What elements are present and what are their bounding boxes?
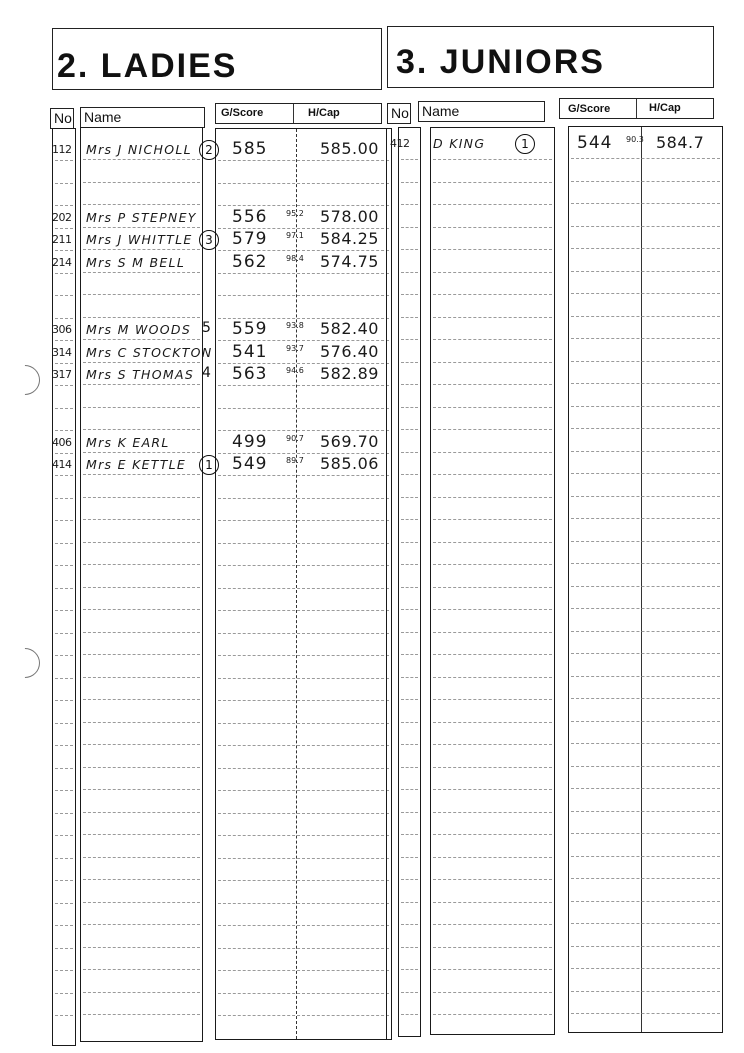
ruled-line — [218, 925, 389, 926]
ruled-line — [218, 588, 389, 589]
ruled-line — [433, 789, 552, 790]
ruled-line — [571, 406, 720, 407]
entry-number: 414 — [52, 458, 72, 471]
ruled-line — [218, 993, 389, 994]
ruled-line — [571, 833, 720, 834]
entry-number: 214 — [52, 256, 72, 269]
entry-number: 306 — [52, 323, 72, 336]
entry-name: Mrs J NICHOLL — [86, 142, 192, 157]
ruled-line — [433, 722, 552, 723]
juniors-header-divider — [636, 99, 637, 118]
entry-number: 317 — [52, 368, 72, 381]
handicap-total: 578.00 — [320, 207, 379, 226]
ruled-line — [433, 699, 552, 700]
ruled-line — [433, 542, 552, 543]
ruled-line — [83, 699, 200, 700]
ruled-line — [83, 587, 200, 588]
ruled-line — [55, 1015, 73, 1016]
ruled-line — [571, 338, 720, 339]
ruled-line — [218, 475, 389, 476]
ruled-line — [55, 385, 73, 386]
ruled-line — [571, 203, 720, 204]
ruled-line — [83, 812, 200, 813]
ruled-line — [571, 563, 720, 564]
juniors-header-name: Name — [418, 101, 545, 122]
handicap: 94.6 — [286, 366, 304, 375]
ruled-line — [401, 879, 418, 880]
ruled-line — [571, 811, 720, 812]
ruled-line — [571, 248, 720, 249]
ruled-line — [401, 407, 418, 408]
ruled-line — [571, 766, 720, 767]
ruled-line — [83, 947, 200, 948]
ruled-line — [218, 565, 389, 566]
entry-number: 112 — [52, 143, 72, 156]
ruled-line — [218, 880, 389, 881]
ruled-line — [401, 789, 418, 790]
entry-name: Mrs S M BELL — [86, 255, 185, 270]
ruled-line — [571, 361, 720, 362]
ruled-line — [571, 878, 720, 879]
ruled-line — [433, 879, 552, 880]
ruled-line — [401, 204, 418, 205]
ruled-line — [433, 407, 552, 408]
ruled-line — [433, 452, 552, 453]
ruled-line — [401, 699, 418, 700]
ruled-line — [218, 655, 389, 656]
ruled-line — [401, 677, 418, 678]
ruled-line — [433, 947, 552, 948]
ruled-line — [401, 744, 418, 745]
ruled-line — [55, 543, 73, 544]
ruled-line — [433, 834, 552, 835]
ruled-line — [55, 993, 73, 994]
ruled-line — [433, 677, 552, 678]
handicap-total: 569.70 — [320, 432, 379, 451]
ruled-line — [401, 632, 418, 633]
ruled-line — [401, 992, 418, 993]
ruled-line — [55, 430, 73, 431]
ruled-line — [571, 1013, 720, 1014]
ruled-line — [433, 654, 552, 655]
ruled-line — [571, 518, 720, 519]
ruled-line — [401, 294, 418, 295]
ruled-line — [55, 340, 73, 341]
ruled-line — [83, 519, 200, 520]
ruled-line — [55, 408, 73, 409]
ruled-line — [83, 902, 200, 903]
ruled-line — [433, 902, 552, 903]
ruled-line — [83, 227, 200, 228]
ruled-line — [218, 385, 389, 386]
entry-number: 211 — [52, 233, 72, 246]
entry-name: Mrs E KETTLE — [86, 457, 186, 472]
ruled-line — [83, 204, 200, 205]
ruled-line — [218, 633, 389, 634]
ruled-line — [218, 970, 389, 971]
handicap: 90.7 — [286, 434, 304, 443]
ruled-line — [433, 182, 552, 183]
ruled-line — [83, 767, 200, 768]
ladies-header-name: Name — [80, 107, 205, 128]
ruled-line — [218, 543, 389, 544]
juniors-score-divider — [641, 127, 642, 1032]
ruled-line — [401, 272, 418, 273]
ruled-line — [571, 473, 720, 474]
ruled-line — [571, 653, 720, 654]
ruled-line — [433, 384, 552, 385]
ruled-line — [571, 698, 720, 699]
ruled-line — [83, 744, 200, 745]
ruled-line — [218, 183, 389, 184]
ruled-line — [83, 1014, 200, 1015]
ruled-line — [218, 610, 389, 611]
ruled-line — [571, 991, 720, 992]
ruled-line — [218, 723, 389, 724]
ruled-line — [571, 901, 720, 902]
entry-name: Mrs J WHITTLE — [86, 232, 193, 247]
ruled-line — [83, 654, 200, 655]
placing: 5 — [202, 320, 211, 336]
ruled-line — [571, 316, 720, 317]
ruled-line — [218, 768, 389, 769]
handicap: 93.8 — [286, 321, 304, 330]
ruled-line — [571, 428, 720, 429]
juniors-header-no: No — [387, 103, 411, 124]
ruled-line — [55, 228, 73, 229]
ruled-line — [55, 633, 73, 634]
ruled-line — [401, 542, 418, 543]
ruled-line — [55, 678, 73, 679]
ruled-line — [55, 318, 73, 319]
ruled-line — [83, 159, 200, 160]
placing-circled: 3 — [199, 230, 219, 250]
ruled-line — [401, 587, 418, 588]
ruled-line — [571, 923, 720, 924]
handicap-total: 582.40 — [320, 319, 379, 338]
handicap-total: 585.00 — [320, 139, 379, 158]
ruled-line — [433, 969, 552, 970]
ruled-line — [571, 158, 720, 159]
ruled-line — [433, 497, 552, 498]
gross-score: 562 — [232, 252, 267, 272]
ruled-line — [571, 541, 720, 542]
gross-score: 579 — [232, 229, 267, 249]
gross-score: 549 — [232, 454, 267, 474]
ruled-line — [571, 721, 720, 722]
ruled-line — [55, 588, 73, 589]
ruled-line — [55, 273, 73, 274]
ruled-line — [218, 858, 389, 859]
handicap: 89.7 — [286, 456, 304, 465]
ruled-line — [433, 632, 552, 633]
ruled-line — [401, 474, 418, 475]
ruled-line — [83, 249, 200, 250]
ruled-line — [433, 564, 552, 565]
ruled-line — [83, 429, 200, 430]
ruled-line — [55, 858, 73, 859]
ladies-header-scores: G/Score H/Cap — [215, 103, 382, 124]
ruled-line — [433, 767, 552, 768]
ruled-line — [218, 408, 389, 409]
ruled-line — [55, 948, 73, 949]
ruled-line — [401, 497, 418, 498]
ruled-line — [218, 1015, 389, 1016]
ruled-line — [55, 475, 73, 476]
ruled-line — [433, 294, 552, 295]
ruled-line — [83, 632, 200, 633]
handicap: 97.1 — [286, 231, 304, 240]
ruled-line — [401, 857, 418, 858]
ruled-line — [55, 250, 73, 251]
ruled-line — [401, 452, 418, 453]
ruled-line — [55, 295, 73, 296]
placing: 4 — [202, 365, 211, 381]
ruled-line — [433, 249, 552, 250]
ruled-line — [433, 474, 552, 475]
ruled-line — [571, 181, 720, 182]
juniors-no-column — [398, 127, 421, 1037]
ruled-line — [433, 362, 552, 363]
ruled-line — [433, 857, 552, 858]
handicap-total: 585.06 — [320, 454, 379, 473]
ruled-line — [571, 946, 720, 947]
ruled-line — [83, 542, 200, 543]
ruled-line — [433, 812, 552, 813]
ruled-line — [83, 722, 200, 723]
handicap-total: 584.25 — [320, 229, 379, 248]
ladies-header-gscore: G/Score — [221, 104, 263, 122]
handicap: 98.4 — [286, 254, 304, 263]
ruled-line — [401, 902, 418, 903]
entry-number: 202 — [52, 211, 72, 224]
ruled-line — [218, 835, 389, 836]
ruled-line — [83, 992, 200, 993]
ruled-line — [571, 226, 720, 227]
ruled-line — [401, 969, 418, 970]
ruled-line — [83, 789, 200, 790]
ruled-line — [571, 676, 720, 677]
ladies-section-title: 2. LADIES — [57, 47, 237, 86]
placing-circled: 1 — [515, 134, 535, 154]
ruled-line — [401, 1014, 418, 1015]
ruled-line — [433, 1014, 552, 1015]
gross-score: 585 — [232, 139, 267, 159]
ruled-line — [401, 947, 418, 948]
ruled-line — [55, 700, 73, 701]
ruled-line — [433, 204, 552, 205]
ruled-line — [401, 227, 418, 228]
ruled-line — [571, 271, 720, 272]
ruled-line — [571, 451, 720, 452]
ruled-line — [55, 205, 73, 206]
ruled-line — [401, 384, 418, 385]
ruled-line — [401, 654, 418, 655]
ruled-line — [571, 968, 720, 969]
ruled-line — [571, 586, 720, 587]
handicap-total: 574.75 — [320, 252, 379, 271]
ruled-line — [401, 812, 418, 813]
ruled-line — [55, 520, 73, 521]
entry-name: Mrs C STOCKTON — [86, 345, 212, 360]
ruled-line — [571, 631, 720, 632]
ruled-line — [401, 924, 418, 925]
handicap-total: 584.7 — [656, 133, 704, 152]
ruled-line — [433, 519, 552, 520]
gross-score: 544 — [577, 133, 612, 153]
ruled-line — [218, 273, 389, 274]
ruled-line — [401, 159, 418, 160]
ruled-line — [433, 587, 552, 588]
placing-circled: 1 — [199, 455, 219, 475]
ruled-line — [55, 903, 73, 904]
ruled-line — [218, 745, 389, 746]
ruled-line — [433, 609, 552, 610]
ruled-line — [218, 903, 389, 904]
ruled-line — [83, 609, 200, 610]
ruled-line — [83, 924, 200, 925]
ruled-line — [83, 294, 200, 295]
ruled-line — [83, 564, 200, 565]
ruled-line — [401, 564, 418, 565]
ruled-line — [55, 880, 73, 881]
ruled-line — [401, 317, 418, 318]
ruled-line — [55, 498, 73, 499]
ruled-line — [83, 182, 200, 183]
ruled-line — [218, 700, 389, 701]
ruled-line — [55, 655, 73, 656]
ruled-line — [571, 608, 720, 609]
ruled-line — [218, 678, 389, 679]
ruled-line — [571, 383, 720, 384]
ruled-line — [55, 160, 73, 161]
ruled-line — [401, 767, 418, 768]
ruled-line — [83, 677, 200, 678]
ruled-line — [83, 497, 200, 498]
ruled-line — [433, 924, 552, 925]
ruled-line — [218, 295, 389, 296]
ruled-line — [571, 788, 720, 789]
punch-hole-mark — [4, 359, 46, 401]
ruled-line — [83, 879, 200, 880]
ruled-line — [218, 948, 389, 949]
ruled-line — [433, 272, 552, 273]
ruled-line — [83, 834, 200, 835]
gross-score: 556 — [232, 207, 267, 227]
handicap: 90.3 — [626, 135, 644, 144]
ruled-line — [401, 722, 418, 723]
ruled-line — [433, 429, 552, 430]
juniors-name-column — [430, 127, 555, 1035]
ruled-line — [55, 768, 73, 769]
handicap-total: 576.40 — [320, 342, 379, 361]
ruled-line — [83, 474, 200, 475]
ruled-line — [55, 835, 73, 836]
ruled-line — [401, 249, 418, 250]
gross-score: 541 — [232, 342, 267, 362]
entry-name: Mrs M WOODS — [86, 322, 191, 337]
ruled-line — [218, 813, 389, 814]
ruled-line — [83, 407, 200, 408]
ladies-header-divider — [293, 104, 294, 123]
ruled-line — [83, 339, 200, 340]
ruled-line — [55, 745, 73, 746]
ruled-line — [55, 565, 73, 566]
ruled-line — [83, 857, 200, 858]
ruled-line — [433, 227, 552, 228]
handicap-total: 582.89 — [320, 364, 379, 383]
juniors-score-column — [568, 126, 723, 1033]
ruled-line — [83, 317, 200, 318]
ruled-line — [218, 498, 389, 499]
ruled-line — [571, 496, 720, 497]
entry-name: D KING — [433, 136, 485, 151]
entry-name: Mrs K EARL — [86, 435, 170, 450]
juniors-header-gscore: G/Score — [568, 100, 610, 118]
ladies-title-box: 2. LADIES — [52, 28, 382, 90]
ladies-header-hcap: H/Cap — [308, 104, 340, 122]
ruled-line — [83, 362, 200, 363]
ruled-line — [83, 384, 200, 385]
ruled-line — [55, 790, 73, 791]
ruled-line — [218, 790, 389, 791]
ruled-line — [571, 293, 720, 294]
gross-score: 563 — [232, 364, 267, 384]
placing-circled: 2 — [199, 140, 219, 160]
ruled-line — [83, 452, 200, 453]
ruled-line — [401, 429, 418, 430]
ruled-line — [218, 520, 389, 521]
ruled-line — [55, 183, 73, 184]
ruled-line — [571, 743, 720, 744]
ruled-line — [571, 856, 720, 857]
ruled-line — [401, 339, 418, 340]
ruled-line — [55, 925, 73, 926]
ruled-line — [401, 834, 418, 835]
punch-hole-mark — [4, 642, 46, 684]
ruled-line — [55, 723, 73, 724]
juniors-header-hcap: H/Cap — [649, 99, 681, 117]
entry-number: 406 — [52, 436, 72, 449]
ruled-line — [433, 992, 552, 993]
ruled-line — [433, 744, 552, 745]
ruled-line — [401, 609, 418, 610]
ruled-line — [401, 182, 418, 183]
gross-score: 499 — [232, 432, 267, 452]
entry-number: 314 — [52, 346, 72, 359]
juniors-section-title: 3. JUNIORS — [396, 43, 605, 82]
ruled-line — [55, 453, 73, 454]
handicap: 95.2 — [286, 209, 304, 218]
juniors-header-scores: G/Score H/Cap — [559, 98, 714, 119]
ruled-line — [83, 272, 200, 273]
ruled-line — [433, 317, 552, 318]
entry-number: 412 — [390, 137, 410, 150]
ruled-line — [55, 813, 73, 814]
ruled-line — [83, 969, 200, 970]
juniors-title-box: 3. JUNIORS — [387, 26, 714, 88]
ladies-header-no: No — [50, 108, 74, 129]
ruled-line — [401, 362, 418, 363]
entry-name: Mrs S THOMAS — [86, 367, 194, 382]
gross-score: 559 — [232, 319, 267, 339]
ruled-line — [433, 339, 552, 340]
ruled-line — [55, 610, 73, 611]
ruled-line — [55, 970, 73, 971]
ladies-right-rule — [386, 128, 387, 1040]
ruled-line — [218, 160, 389, 161]
ruled-line — [401, 519, 418, 520]
